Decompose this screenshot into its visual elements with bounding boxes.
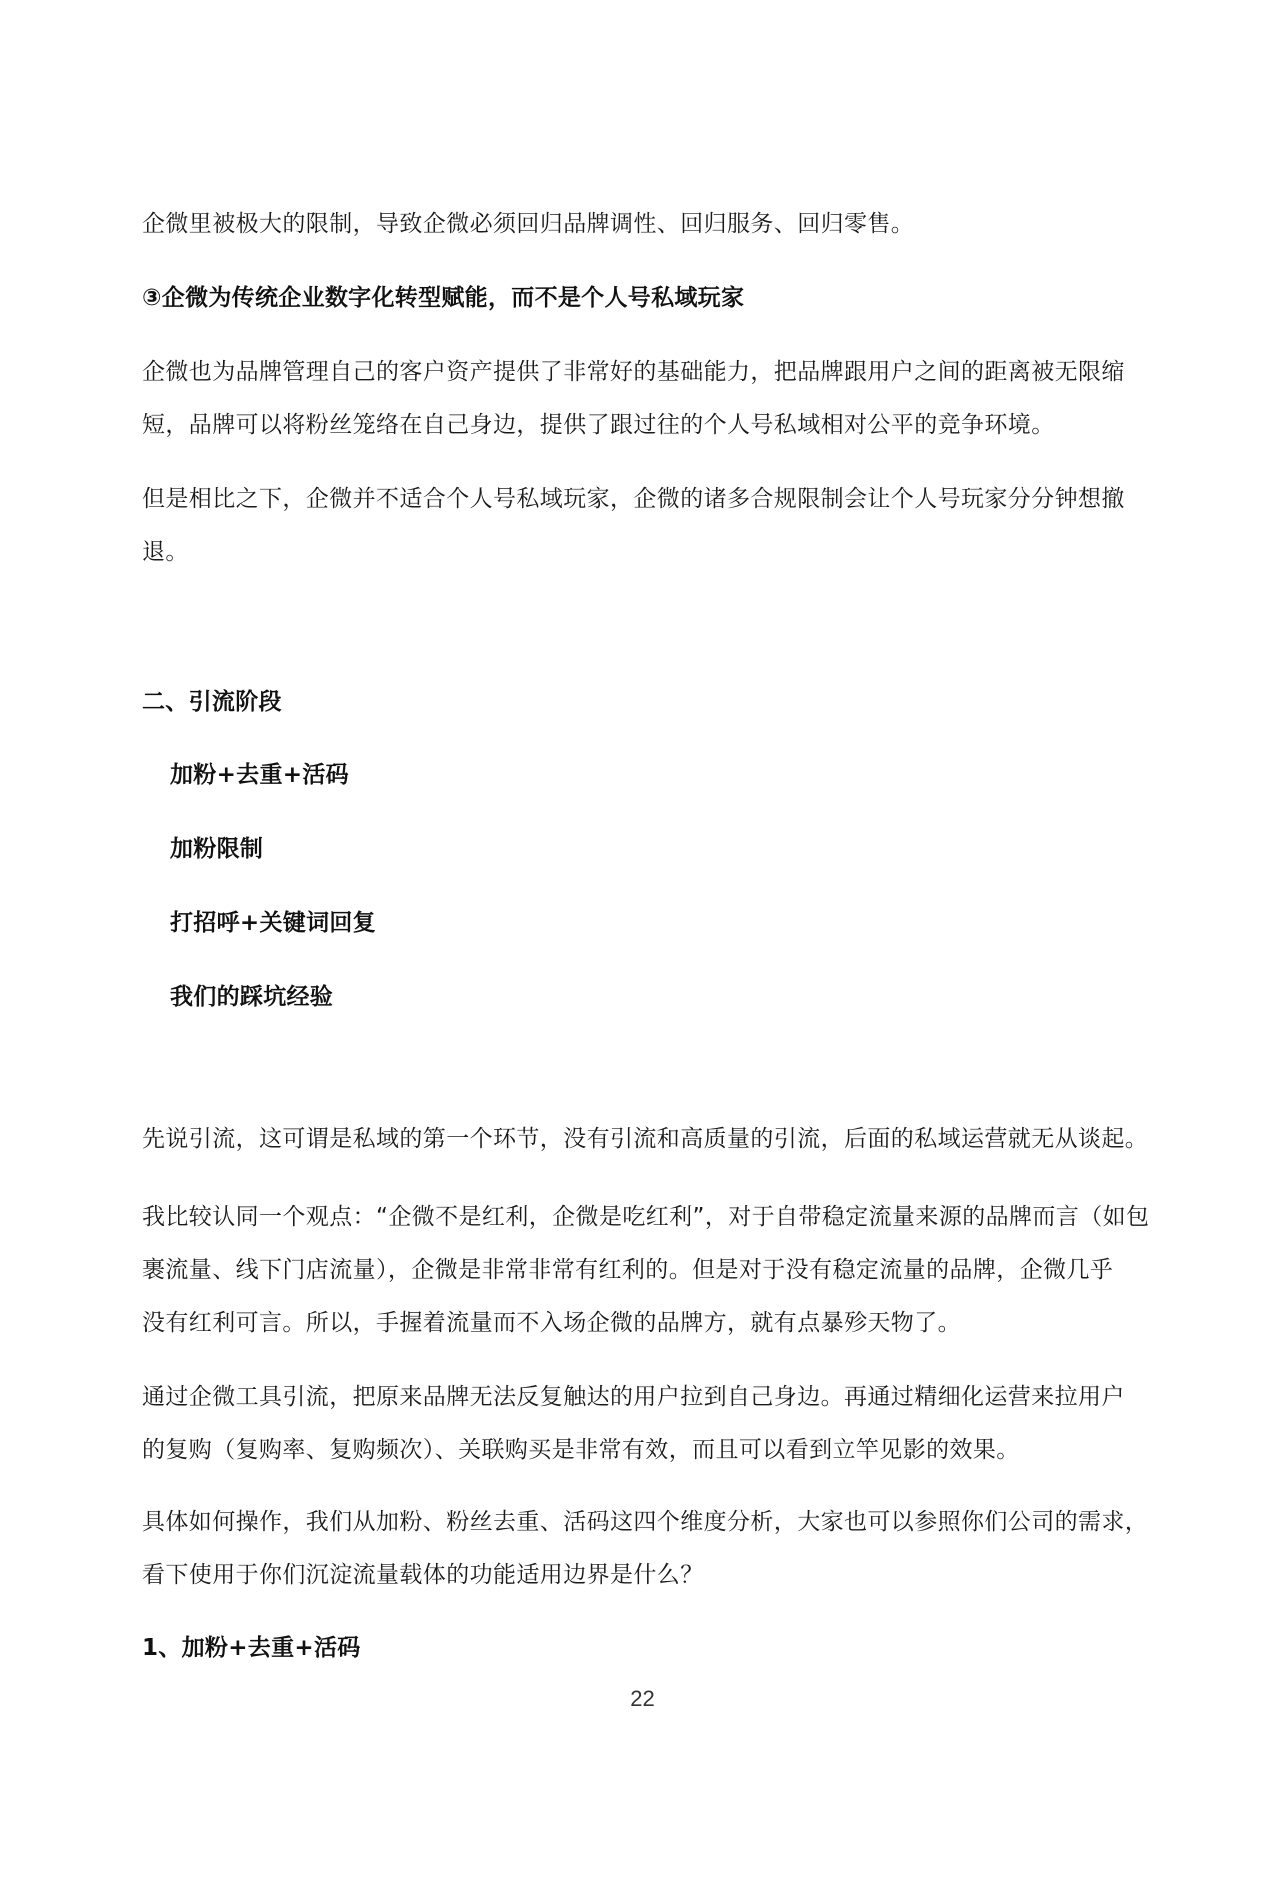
paragraph-line: 退。 [142,526,1142,579]
paragraph-line: 我比较认同一个观点：“企微不是红利，企微是吃红利”，对于自带稳定流量来源的品牌而… [142,1191,1142,1244]
paragraph-line: 具体如何操作，我们从加粉、粉丝去重、活码这四个维度分析，大家也可以参照你们公司的… [142,1496,1142,1549]
paragraph: 企微里被极大的限制，导致企微必须回归品牌调性、回归服务、回归零售。 [142,198,1142,251]
toc-item: 加粉+去重+活码 [170,755,1170,795]
paragraph: 我比较认同一个观点：“企微不是红利，企微是吃红利”，对于自带稳定流量来源的品牌而… [142,1191,1142,1350]
document-page: 企微里被极大的限制，导致企微必须回归品牌调性、回归服务、回归零售。 ③企微为传统… [0,0,1285,1890]
paragraph: 先说引流，这可谓是私域的第一个环节，没有引流和高质量的引流，后面的私域运营就无从… [142,1113,1142,1166]
paragraph-line: 先说引流，这可谓是私域的第一个环节，没有引流和高质量的引流，后面的私域运营就无从… [142,1113,1142,1166]
section-heading: 二、引流阶段 [142,682,1142,722]
paragraph-line: 但是相比之下，企微并不适合个人号私域玩家，企微的诸多合规限制会让个人号玩家分分钟… [142,473,1142,526]
paragraph-line: 的复购（复购率、复购频次）、关联购买是非常有效，而且可以看到立竿见影的效果。 [142,1424,1142,1477]
paragraph-line: 企微也为品牌管理自己的客户资产提供了非常好的基础能力，把品牌跟用户之间的距离被无… [142,346,1142,399]
paragraph: 但是相比之下，企微并不适合个人号私域玩家，企微的诸多合规限制会让个人号玩家分分钟… [142,473,1142,579]
paragraph-line: 看下使用于你们沉淀流量载体的功能适用边界是什么？ [142,1549,1142,1602]
paragraph: 企微也为品牌管理自己的客户资产提供了非常好的基础能力，把品牌跟用户之间的距离被无… [142,346,1142,452]
paragraph-line: 通过企微工具引流，把原来品牌无法反复触达的用户拉到自己身边。再通过精细化运营来拉… [142,1371,1142,1424]
paragraph-line: 没有红利可言。所以，手握着流量而不入场企微的品牌方，就有点暴殄天物了。 [142,1297,1142,1350]
page-number: 22 [0,1686,1285,1712]
toc-item: 打招呼+关键词回复 [170,903,1170,943]
subsection-heading: ③企微为传统企业数字化转型赋能，而不是个人号私域玩家 [142,278,1142,318]
toc-item: 我们的踩坑经验 [170,977,1170,1017]
toc-item: 加粉限制 [170,829,1170,869]
paragraph: 具体如何操作，我们从加粉、粉丝去重、活码这四个维度分析，大家也可以参照你们公司的… [142,1496,1142,1602]
paragraph: 通过企微工具引流，把原来品牌无法反复触达的用户拉到自己身边。再通过精细化运营来拉… [142,1371,1142,1477]
subsection-heading: 1、加粉+去重+活码 [142,1628,1142,1668]
paragraph-line: 短，品牌可以将粉丝笼络在自己身边，提供了跟过往的个人号私域相对公平的竞争环境。 [142,399,1142,452]
paragraph-line: 企微里被极大的限制，导致企微必须回归品牌调性、回归服务、回归零售。 [142,198,1142,251]
paragraph-line: 裹流量、线下门店流量），企微是非常非常有红利的。但是对于没有稳定流量的品牌，企微… [142,1244,1142,1297]
